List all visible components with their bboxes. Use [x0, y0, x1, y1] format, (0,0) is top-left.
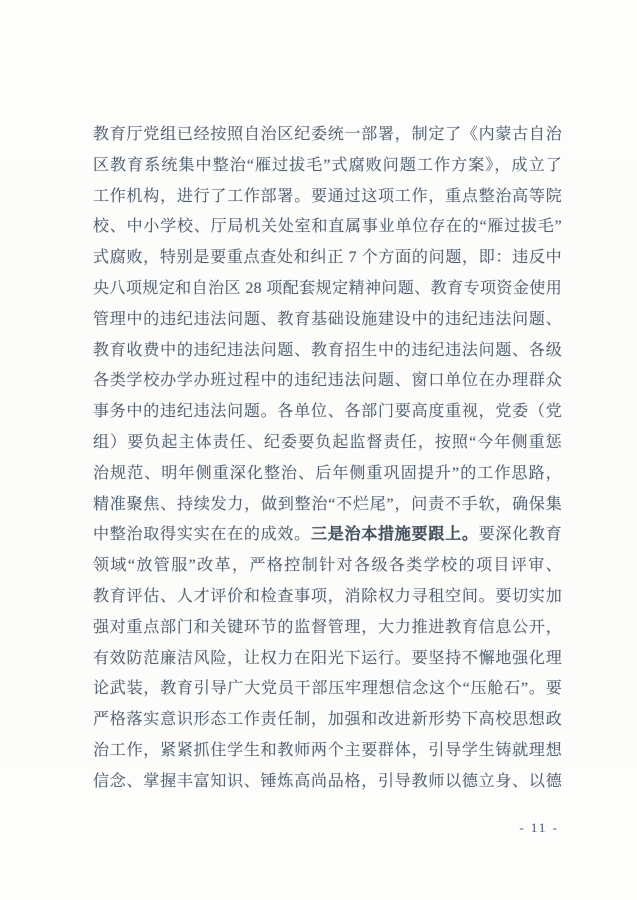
- document-text: 教育厅党组已经按照自治区纪委统一部署，制定了《内蒙古自治区教育系统集中整治“雁过…: [93, 120, 562, 798]
- text-line: 工作机构，进行了工作部署。要通过这项工作，重点整治高等院: [93, 182, 562, 213]
- body-text: 组）要负起主体责任、纪委要负起监督责任，按照“今年侧重惩: [93, 434, 562, 451]
- text-line: 教育厅党组已经按照自治区纪委统一部署，制定了《内蒙古自治: [93, 120, 562, 151]
- text-line: 治工作，紧紧抓住学生和教师两个主要群体，引导学生铸就理想: [93, 736, 562, 767]
- body-text: 信念、掌握丰富知识、锤炼高尚品格，引导教师以德立身、以德: [93, 773, 562, 790]
- text-line: 式腐败，特别是要重点查处和纠正 7 个方面的问题，即：违反中: [93, 243, 562, 274]
- body-text: 式腐败，特别是要重点查处和纠正 7 个方面的问题，即：违反中: [93, 249, 562, 266]
- text-line: 领域“放管服”改革，严格控制针对各级各类学校的项目评审、: [93, 551, 562, 582]
- body-text: 各类学校办学办班过程中的违纪违法问题、窗口单位在办理群众: [93, 372, 562, 389]
- text-line: 央八项规定和自治区 28 项配套规定精神问题、教育专项资金使用: [93, 274, 562, 305]
- body-text: 领域“放管服”改革，严格控制针对各级各类学校的项目评审、: [93, 557, 562, 574]
- body-text: 教育收费中的违纪违法问题、教育招生中的违纪违法问题、各级: [93, 342, 562, 359]
- text-line: 中整治取得实实在在的成效。三是治本措施要跟上。要深化教育: [93, 520, 562, 551]
- text-line: 信念、掌握丰富知识、锤炼高尚品格，引导教师以德立身、以德: [93, 767, 562, 798]
- body-text: 管理中的违纪违法问题、教育基础设施建设中的违纪违法问题、: [93, 311, 562, 328]
- body-text: 要深化教育: [479, 526, 562, 543]
- text-line: 严格落实意识形态工作责任制，加强和改进新形势下高校思想政: [93, 705, 562, 736]
- body-text: 教育评估、人才评价和检查事项，消除权力寻租空间。要切实加: [93, 588, 562, 605]
- text-line: 校、中小学校、厅局机关处室和直属事业单位存在的“雁过拔毛”: [93, 212, 562, 243]
- text-line: 有效防范廉洁风险，让权力在阳光下运行。要坚持不懈地强化理: [93, 644, 562, 675]
- text-line: 论武装，教育引导广大党员干部压牢理想信念这个“压舱石”。要: [93, 674, 562, 705]
- text-line: 管理中的违纪违法问题、教育基础设施建设中的违纪违法问题、: [93, 305, 562, 336]
- text-line: 精准聚焦、持续发力，做到整治“不烂尾”，问责不手软，确保集: [93, 490, 562, 521]
- body-text: 有效防范廉洁风险，让权力在阳光下运行。要坚持不懈地强化理: [93, 650, 562, 667]
- body-text: 区教育系统集中整治“雁过拔毛”式腐败问题工作方案》，成立了: [93, 157, 562, 174]
- body-text: 工作机构，进行了工作部署。要通过这项工作，重点整治高等院: [93, 188, 562, 205]
- body-text: 央八项规定和自治区 28 项配套规定精神问题、教育专项资金使用: [93, 280, 562, 297]
- body-text: 强对重点部门和关键环节的监督管理，大力推进教育信息公开，: [93, 619, 562, 636]
- text-line: 组）要负起主体责任、纪委要负起监督责任，按照“今年侧重惩: [93, 428, 562, 459]
- text-line: 治规范、明年侧重深化整治、后年侧重巩固提升”的工作思路，: [93, 459, 562, 490]
- text-line: 区教育系统集中整治“雁过拔毛”式腐败问题工作方案》，成立了: [93, 151, 562, 182]
- body-text: 严格落实意识形态工作责任制，加强和改进新形势下高校思想政: [93, 711, 562, 728]
- body-text: 事务中的违纪违法问题。各单位、各部门要高度重视，党委（党: [93, 403, 562, 420]
- body-text: 精准聚焦、持续发力，做到整治“不烂尾”，问责不手软，确保集: [93, 496, 562, 513]
- document-page: 教育厅党组已经按照自治区纪委统一部署，制定了《内蒙古自治区教育系统集中整治“雁过…: [0, 0, 637, 900]
- text-line: 强对重点部门和关键环节的监督管理，大力推进教育信息公开，: [93, 613, 562, 644]
- text-line: 教育收费中的违纪违法问题、教育招生中的违纪违法问题、各级: [93, 336, 562, 367]
- text-line: 事务中的违纪违法问题。各单位、各部门要高度重视，党委（党: [93, 397, 562, 428]
- text-line: 各类学校办学办班过程中的违纪违法问题、窗口单位在办理群众: [93, 366, 562, 397]
- text-line: 教育评估、人才评价和检查事项，消除权力寻租空间。要切实加: [93, 582, 562, 613]
- body-text: 教育厅党组已经按照自治区纪委统一部署，制定了《内蒙古自治: [93, 126, 562, 143]
- body-text: 治规范、明年侧重深化整治、后年侧重巩固提升”的工作思路，: [93, 465, 562, 482]
- body-text: 校、中小学校、厅局机关处室和直属事业单位存在的“雁过拔毛”: [93, 218, 562, 235]
- bold-emphasis-text: 三是治本措施要跟上。: [311, 526, 479, 543]
- body-text: 治工作，紧紧抓住学生和教师两个主要群体，引导学生铸就理想: [93, 742, 562, 759]
- page-number: - 11 -: [519, 820, 559, 836]
- body-text: 论武装，教育引导广大党员干部压牢理想信念这个“压舱石”。要: [93, 680, 562, 697]
- body-text: 中整治取得实实在在的成效。: [93, 526, 311, 543]
